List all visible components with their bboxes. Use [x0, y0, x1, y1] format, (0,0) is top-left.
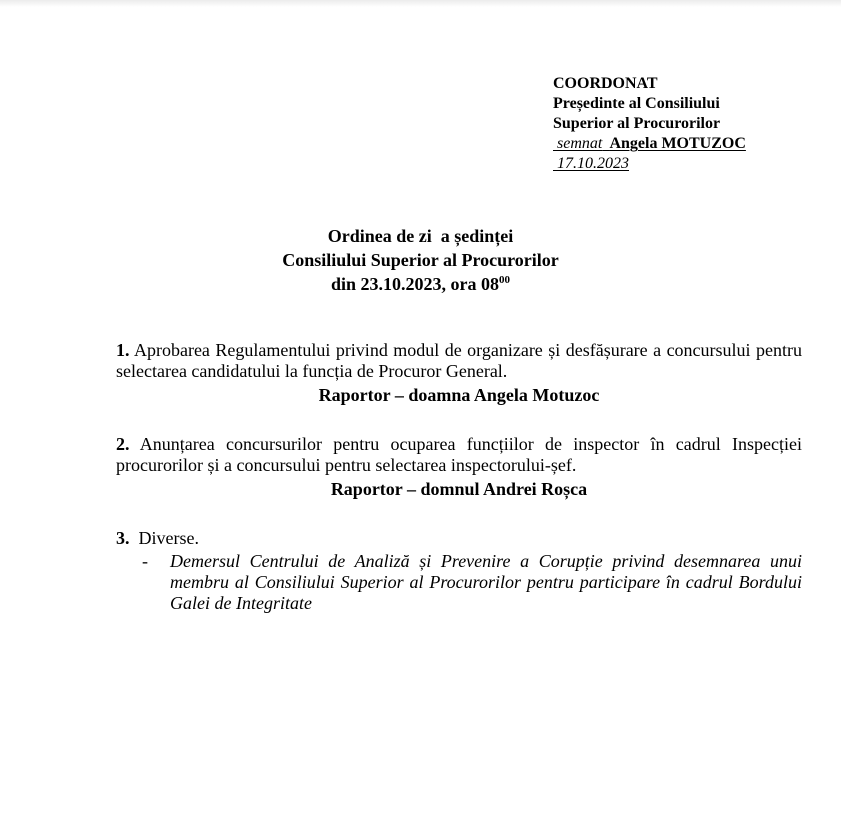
approval-signature-line: semnat Angela MOTUZOC	[553, 134, 746, 154]
document-title: Ordinea de zi a ședinței Consiliului Sup…	[0, 224, 841, 296]
agenda-item-text: Anunțarea concursurilor pentru ocuparea …	[116, 434, 802, 475]
agenda-item-reporter: Raportor – doamna Angela Motuzoc	[116, 385, 802, 406]
agenda-subitem-text: Demersul Centrului de Analiză și Preveni…	[170, 551, 802, 613]
signatory-name: Angela MOTUZOC	[609, 135, 745, 152]
signed-label: semnat	[557, 135, 602, 152]
meeting-minutes: 00	[499, 274, 510, 286]
agenda-item-text-block: 3. Diverse.	[116, 528, 802, 549]
page-top-shadow	[0, 0, 841, 7]
approval-status: COORDONAT	[553, 74, 746, 94]
dash-bullet-icon: -	[142, 551, 148, 572]
agenda-item-number: 1.	[116, 340, 130, 360]
agenda-item-reporter: Raportor – domnul Andrei Roșca	[116, 479, 802, 500]
agenda-item-number: 3.	[116, 528, 130, 548]
agenda-item: 1. Aprobarea Regulamentului privind modu…	[116, 340, 802, 406]
agenda-item-text-block: 1. Aprobarea Regulamentului privind modu…	[116, 340, 802, 382]
approval-role-line2: Superior al Procurorilor	[553, 114, 746, 134]
agenda-item-text: Diverse.	[139, 528, 199, 548]
agenda-item: 3. Diverse. - Demersul Centrului de Anal…	[116, 528, 802, 614]
meeting-date-time: din 23.10.2023, ora 08	[331, 274, 499, 294]
agenda-subitem: - Demersul Centrului de Analiză și Preve…	[116, 551, 802, 614]
approval-block: COORDONAT Președinte al Consiliului Supe…	[553, 74, 746, 174]
title-line2: Consiliului Superior al Procurorilor	[0, 248, 841, 272]
title-line3: din 23.10.2023, ora 0800	[0, 272, 841, 296]
approval-date: 17.10.2023	[557, 155, 629, 172]
title-line1: Ordinea de zi a ședinței	[0, 224, 841, 248]
approval-date-line: 17.10.2023	[553, 154, 746, 174]
agenda-item: 2. Anunțarea concursurilor pentru ocupar…	[116, 434, 802, 500]
approval-role-line1: Președinte al Consiliului	[553, 94, 746, 114]
agenda-item-text-block: 2. Anunțarea concursurilor pentru ocupar…	[116, 434, 802, 476]
agenda-item-text: Aprobarea Regulamentului privind modul d…	[116, 340, 802, 381]
agenda-item-number: 2.	[116, 434, 130, 454]
